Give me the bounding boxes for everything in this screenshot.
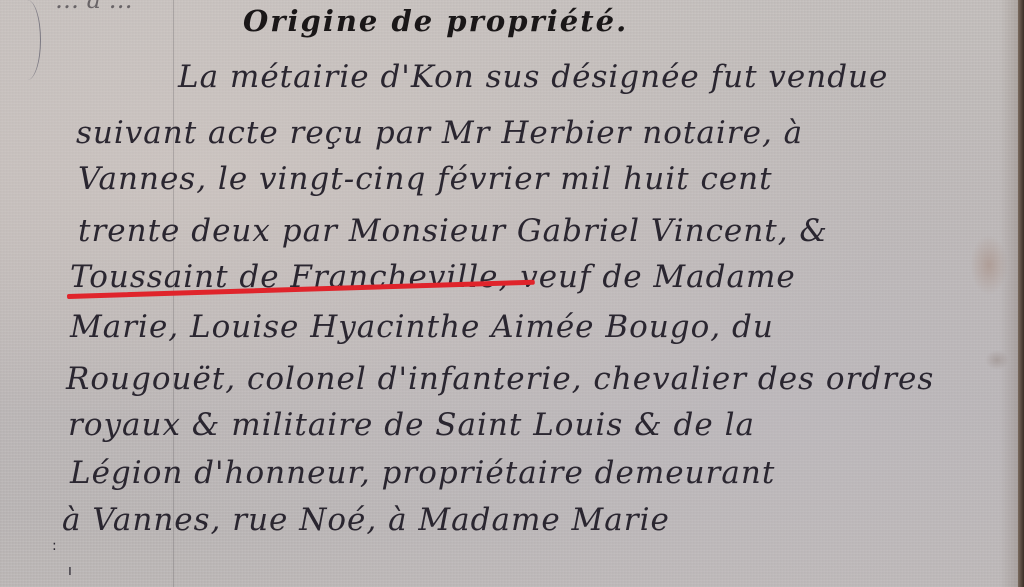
text-line-7: Rougouët, colonel d'infanterie, chevalie… (66, 364, 934, 395)
ink-flourish (14, 0, 41, 80)
text-line-8: royaux & militaire de Saint Louis & de l… (68, 410, 755, 441)
text-line-3: Vannes, le vingt-cinq février mil huit c… (78, 164, 773, 195)
document-title: Origine de propriété. (243, 4, 628, 38)
text-line-1: La métairie d'Kon sus désignée fut vendu… (178, 62, 888, 93)
text-line-9: Légion d'honneur, propriétaire demeurant (70, 458, 775, 489)
page-edge-shadow (1000, 0, 1018, 587)
text-line-6: Marie, Louise Hyacinthe Aimée Bougo, du (70, 312, 774, 343)
previous-line-fragment: … a … (55, 0, 133, 14)
text-line-2: suivant acte reçu par Mr Herbier notaire… (76, 118, 803, 149)
margin-mark: : (52, 538, 57, 554)
text-line-10: à Vannes, rue Noé, à Madame Marie (62, 505, 670, 536)
binding-edge (1018, 0, 1024, 587)
manuscript-page: … a … Origine de propriété. La métairie … (0, 0, 1024, 587)
text-line-5-highlighted: Toussaint de Francheville, veuf de Madam… (70, 262, 796, 293)
margin-mark: ı (68, 563, 72, 579)
text-line-4: trente deux par Monsieur Gabriel Vincent… (78, 216, 828, 247)
